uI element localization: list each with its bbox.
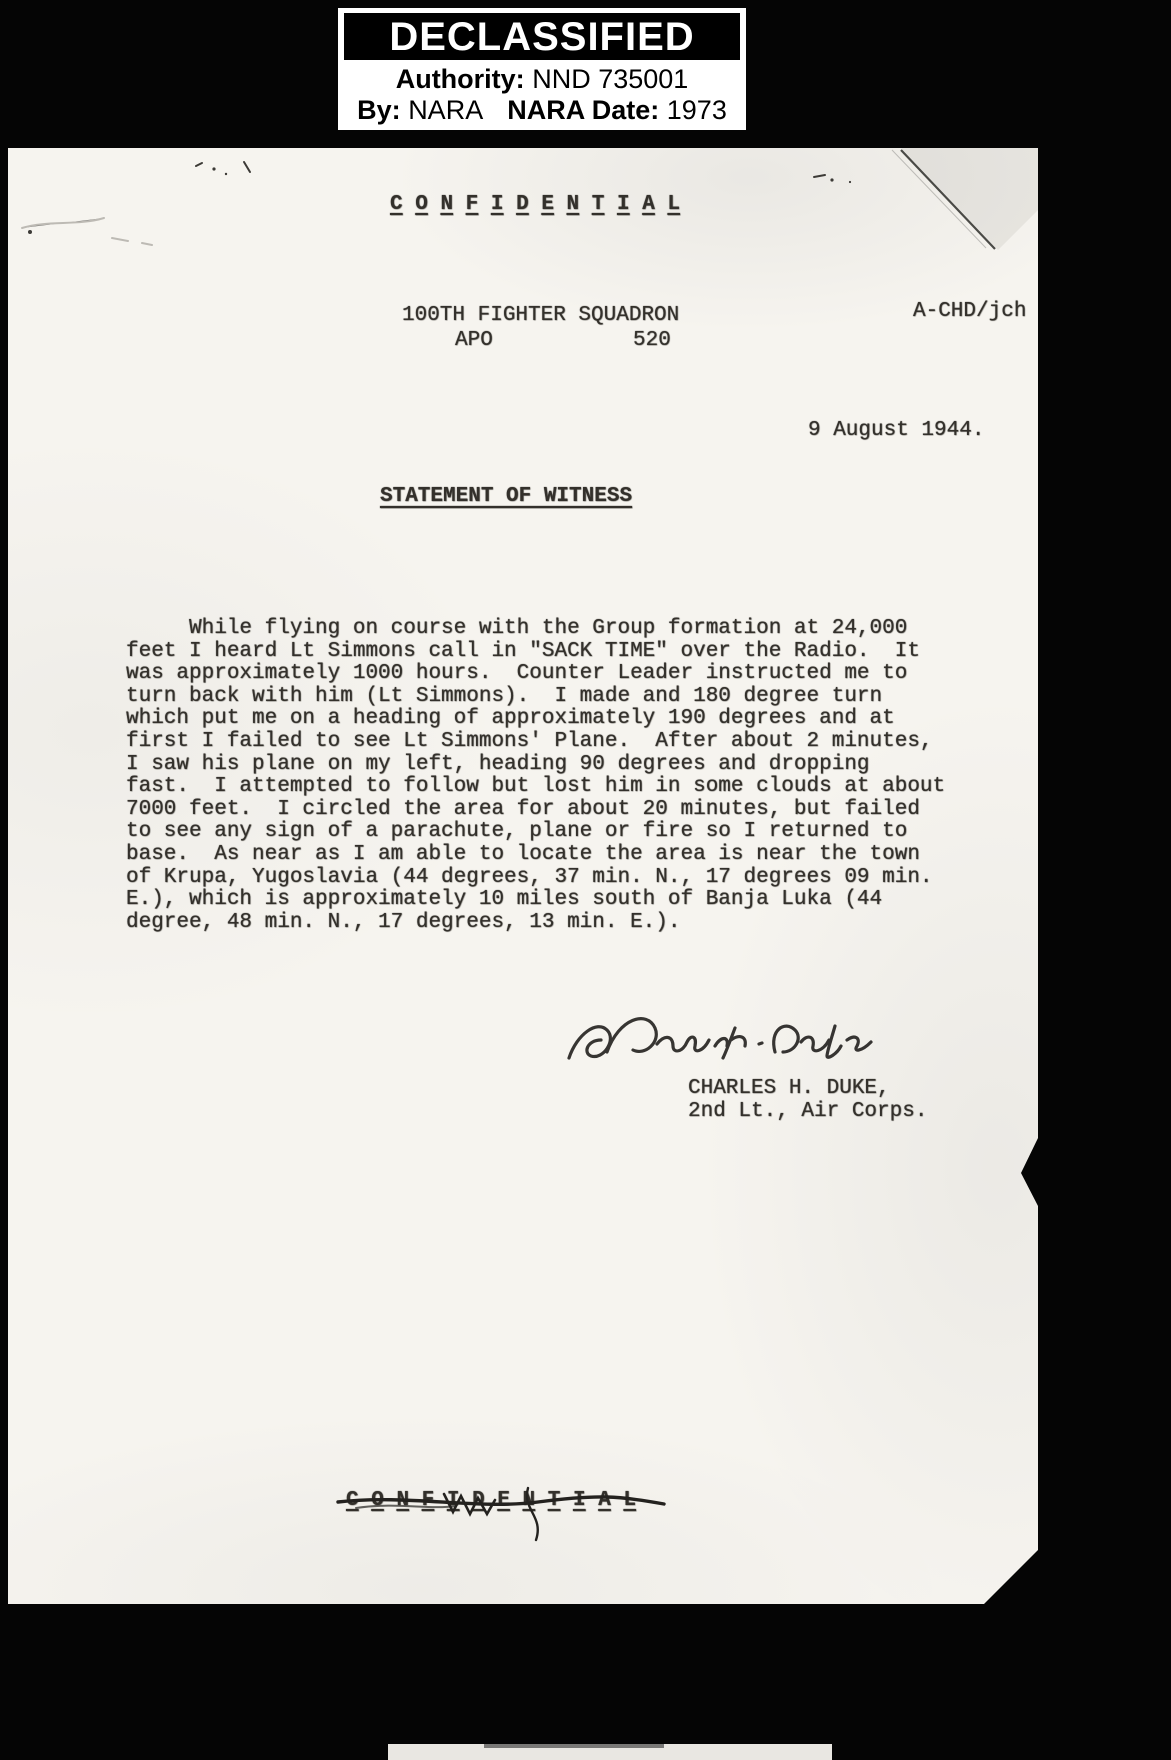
declassified-banner: DECLASSIFIED	[344, 13, 740, 60]
by-value: NARA	[408, 95, 482, 125]
authority-label: Authority:	[396, 64, 525, 94]
document-date: 9 August 1944.	[808, 420, 984, 443]
apo-label: APO	[455, 330, 493, 353]
statement-title: STATEMENT OF WITNESS	[380, 486, 632, 509]
classification-footer: C O N F I D E N T I A L	[346, 1490, 636, 1513]
scanned-document-canvas: DECLASSIFIED Authority: NND 735001 By: N…	[0, 0, 1171, 1760]
fold-shading	[901, 148, 1038, 250]
pencil-smudges	[22, 218, 152, 245]
classification-header: C O N F I D E N T I A L	[390, 194, 680, 217]
declassified-stamp: DECLASSIFIED Authority: NND 735001 By: N…	[338, 8, 746, 130]
signature-handwriting	[563, 998, 883, 1083]
fold-crease-line	[901, 150, 995, 249]
authority-line: Authority: NND 735001	[338, 64, 746, 94]
declassified-title: DECLASSIFIED	[389, 17, 694, 57]
nara-date-value: 1973	[667, 95, 727, 125]
signer-name: CHARLES H. DUKE,	[688, 1078, 890, 1101]
document-page: C O N F I D E N T I A L 100TH FIGHTER SQ…	[8, 148, 1038, 1604]
by-label: By:	[357, 95, 401, 125]
authority-value: NND 735001	[532, 64, 688, 94]
signer-title: 2nd Lt., Air Corps.	[688, 1101, 927, 1124]
by-line: By: NARA NARA Date: 1973	[338, 95, 746, 125]
apo-number: 520	[633, 330, 671, 353]
next-page-smudge	[484, 1744, 664, 1748]
unit-name: 100TH FIGHTER SQUADRON	[402, 305, 679, 328]
nara-date-label: NARA Date:	[507, 95, 659, 125]
office-symbol: A-CHD/jch	[913, 301, 1026, 324]
statement-body: While flying on course with the Group fo…	[126, 618, 945, 934]
next-page-sliver	[388, 1744, 832, 1760]
